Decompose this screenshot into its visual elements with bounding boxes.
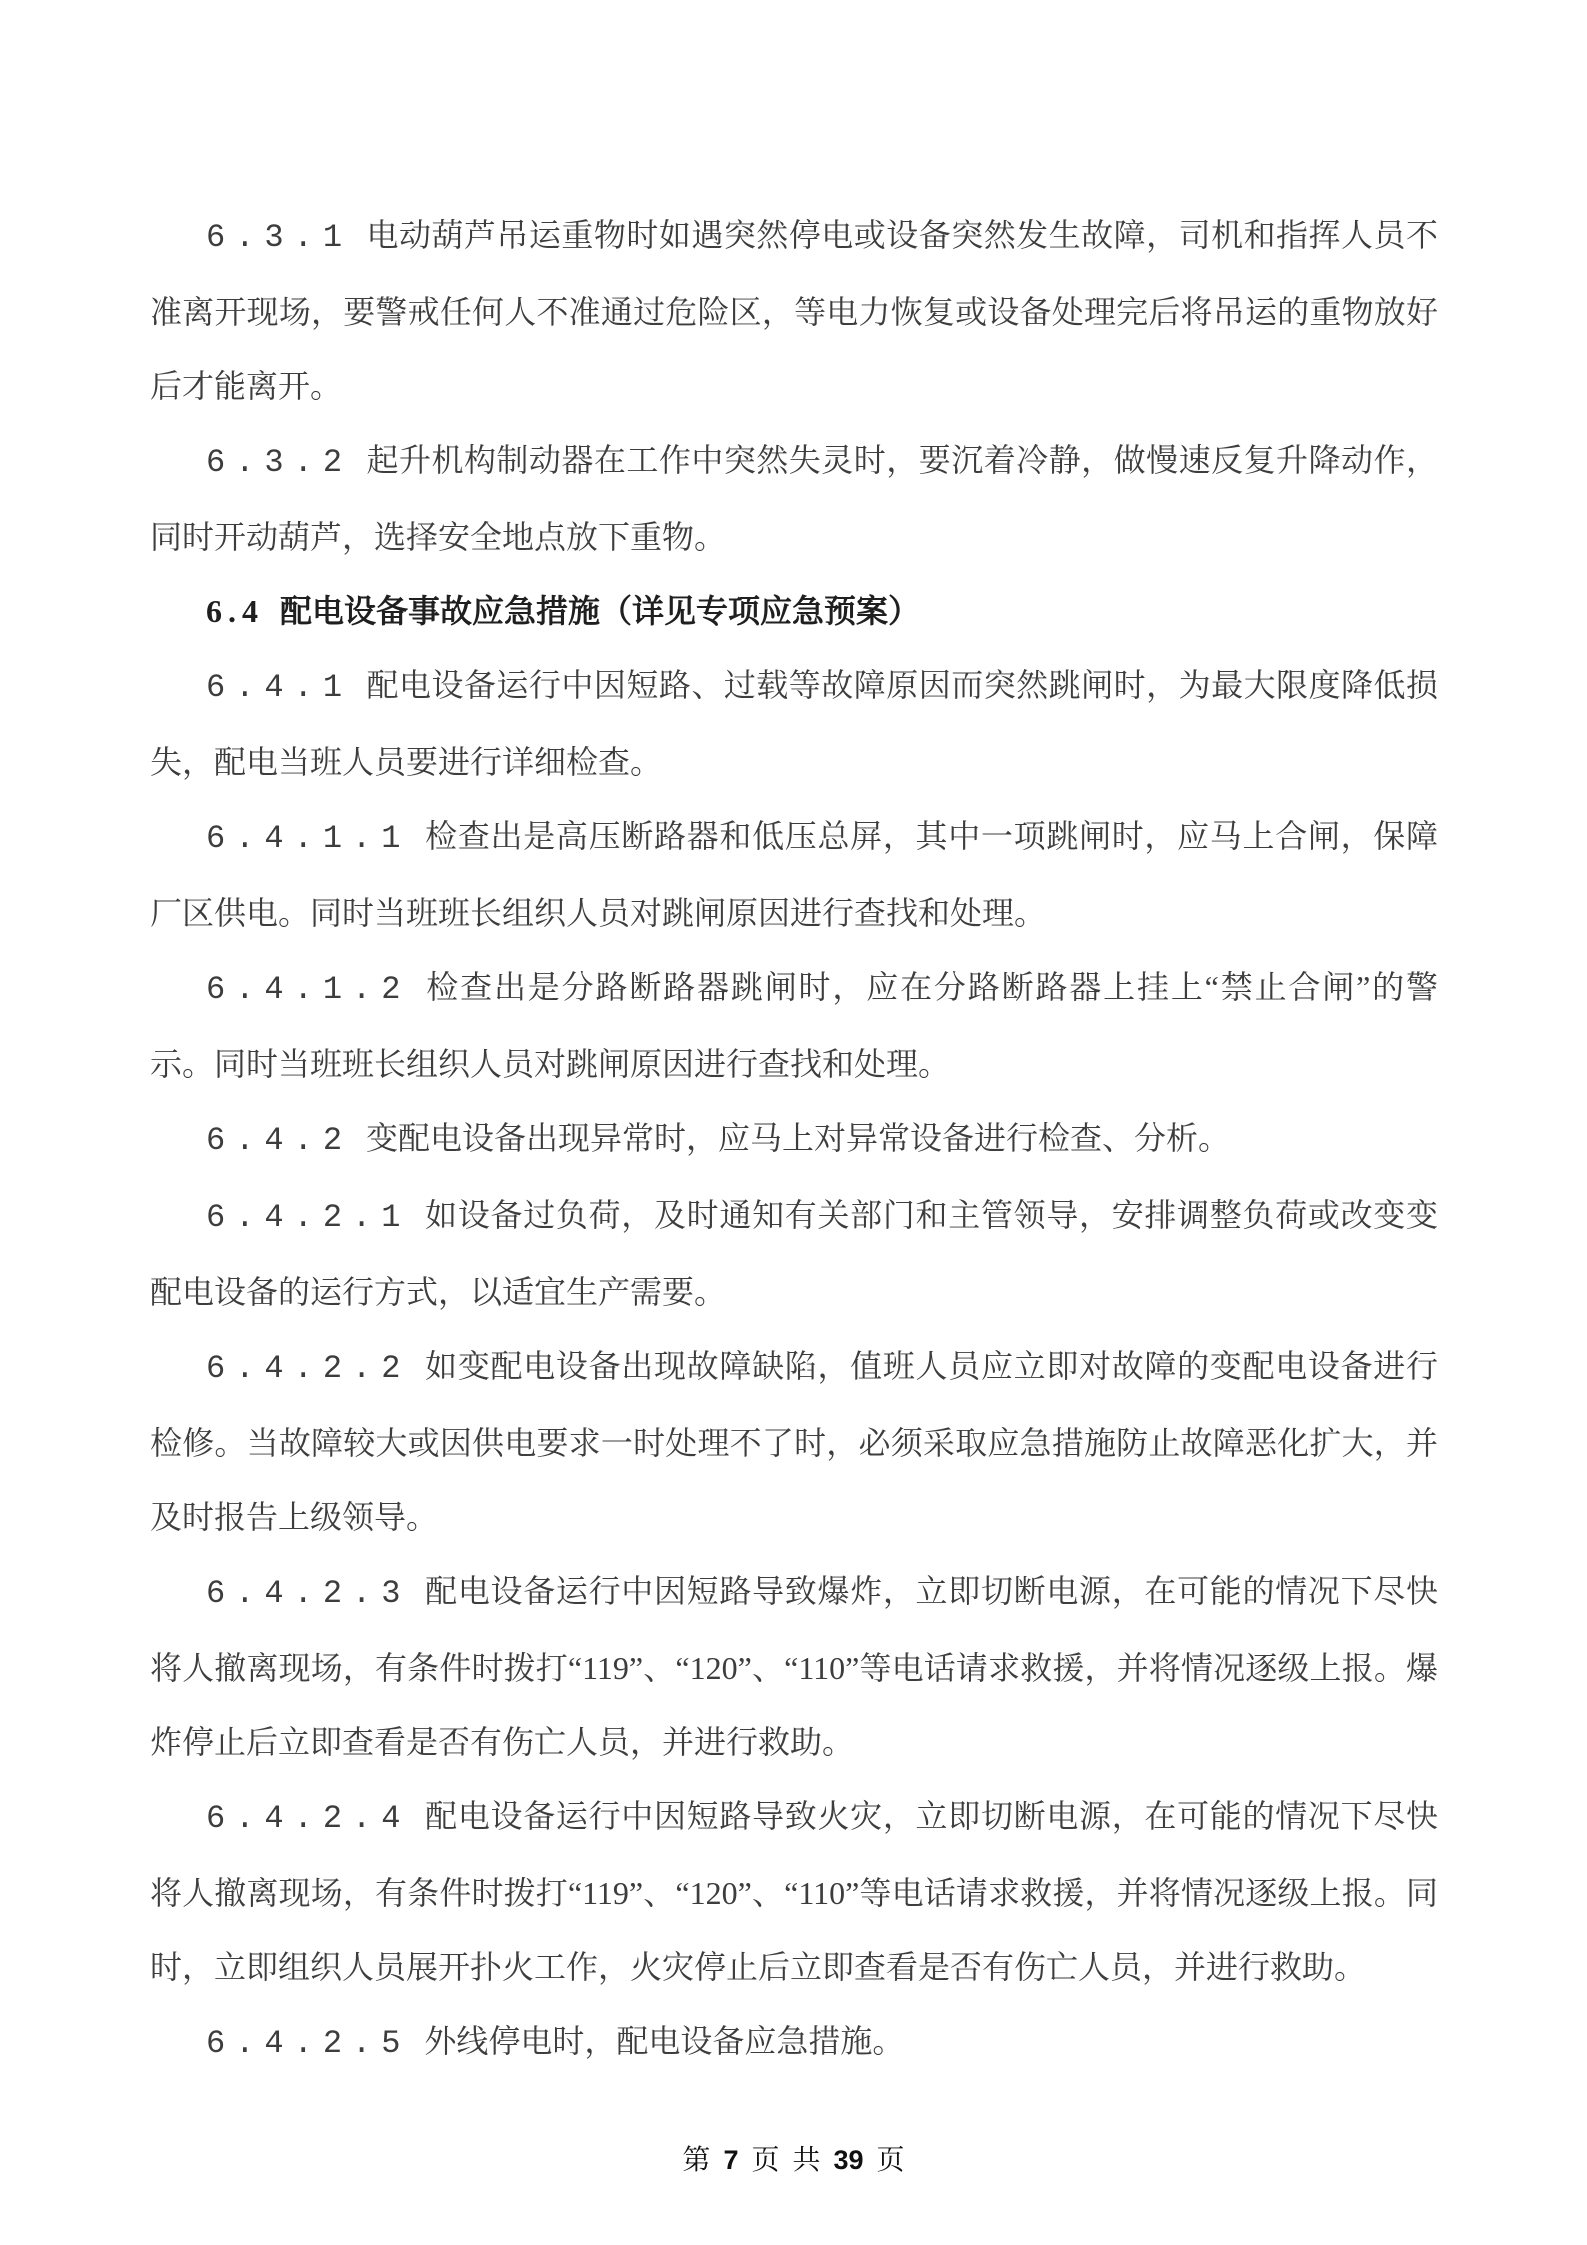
clause-6-3-2: 6.3.2起升机构制动器在工作中突然失灵时，要沉着冷静，做慢速反复升降动作，同时…: [150, 423, 1438, 574]
clause-text: 配电设备事故应急措施（详见专项应急预案）: [280, 593, 920, 629]
footer-label-gong: 共: [792, 2138, 820, 2178]
clause-6-4-2-2: 6.4.2.2如变配电设备出现故障缺陷，值班人员应立即对故障的变配电设备进行检修…: [150, 1329, 1438, 1554]
footer-label-ye-1: 页: [751, 2138, 779, 2178]
page-footer: 第7页共39页: [0, 2138, 1587, 2178]
section-heading-6-4: 6.4配电设备事故应急措施（详见专项应急预案）: [150, 574, 1438, 648]
footer-label-di: 第: [682, 2138, 710, 2178]
footer-page-number: 7: [723, 2145, 738, 2176]
clause-number: 6.4.2.2: [206, 1350, 410, 1387]
clause-6-4-1: 6.4.1配电设备运行中因短路、过载等故障原因而突然跳闸时，为最大限度降低损失，…: [150, 648, 1438, 799]
clause-6-4-1-1: 6.4.1.1检查出是高压断路器和低压总屏，其中一项跳闸时，应马上合闸，保障厂区…: [150, 799, 1438, 950]
footer-total-pages: 39: [834, 2145, 864, 2176]
document-body: 6.3.1电动葫芦吊运重物时如遇突然停电或设备突然发生故障，司机和指挥人员不准离…: [150, 198, 1438, 2081]
clause-6-4-2: 6.4.2变配电设备出现异常时，应马上对异常设备进行检查、分析。: [150, 1101, 1438, 1178]
clause-number: 6.4.1.2: [206, 971, 410, 1008]
clause-text: 外线停电时，配电设备应急措施。: [424, 2023, 904, 2059]
clause-number: 6.3.2: [206, 444, 352, 481]
clause-number: 6.4.2.3: [206, 1575, 410, 1612]
clause-6-4-1-2: 6.4.1.2检查出是分路断路器跳闸时，应在分路断路器上挂上“禁止合闸”的警示。…: [150, 950, 1438, 1101]
footer-label-ye-2: 页: [877, 2138, 905, 2178]
clause-6-4-2-3: 6.4.2.3配电设备运行中因短路导致爆炸，立即切断电源，在可能的情况下尽快将人…: [150, 1554, 1438, 1779]
clause-number: 6.4.2.5: [206, 2025, 410, 2062]
clause-number: 6.3.1: [206, 219, 352, 256]
document-page: 6.3.1电动葫芦吊运重物时如遇突然停电或设备突然发生故障，司机和指挥人员不准离…: [0, 0, 1587, 2245]
clause-number: 6.4.1.1: [206, 820, 410, 857]
clause-number: 6.4.1: [206, 669, 352, 706]
clause-number: 6.4: [206, 593, 264, 629]
clause-number: 6.4.2.1: [206, 1199, 410, 1236]
clause-6-4-2-1: 6.4.2.1如设备过负荷，及时通知有关部门和主管领导，安排调整负荷或改变变配电…: [150, 1178, 1438, 1329]
clause-number: 6.4.2.4: [206, 1800, 410, 1837]
clause-6-4-2-5: 6.4.2.5外线停电时，配电设备应急措施。: [150, 2004, 1438, 2081]
clause-6-3-1: 6.3.1电动葫芦吊运重物时如遇突然停电或设备突然发生故障，司机和指挥人员不准离…: [150, 198, 1438, 423]
clause-number: 6.4.2: [206, 1122, 352, 1159]
clause-text: 变配电设备出现异常时，应马上对异常设备进行检查、分析。: [366, 1120, 1230, 1156]
clause-6-4-2-4: 6.4.2.4配电设备运行中因短路导致火灾，立即切断电源，在可能的情况下尽快将人…: [150, 1779, 1438, 2004]
